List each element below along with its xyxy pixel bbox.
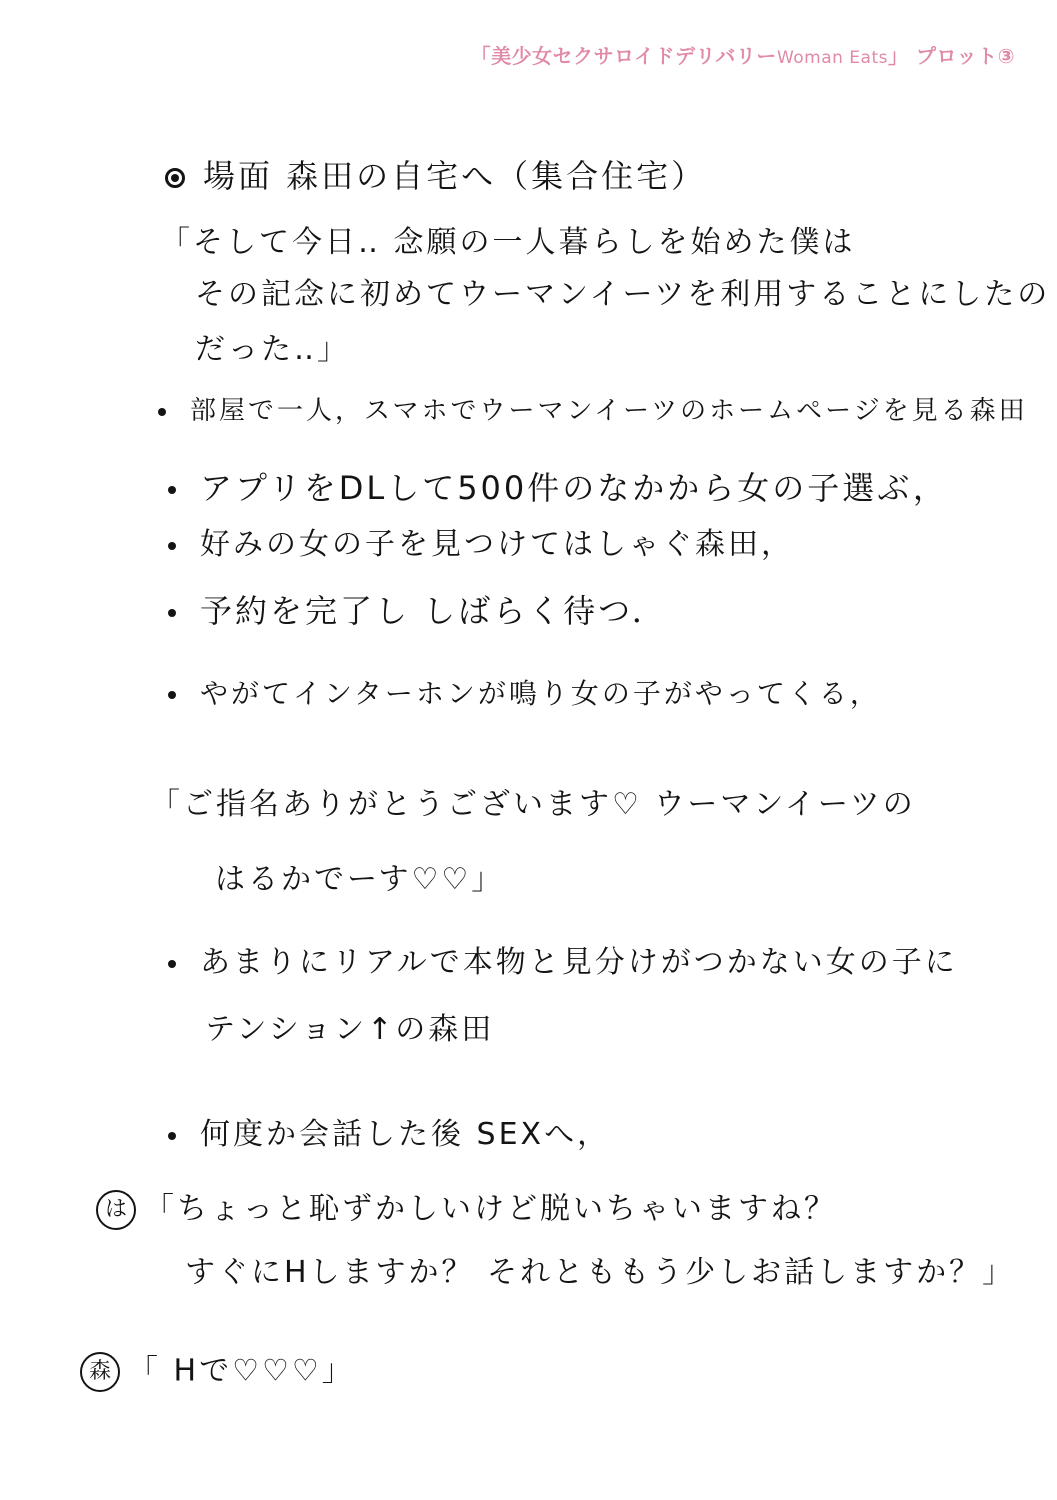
bullet-item: やがてインターホンが鳴り女の子がやってくる， — [168, 680, 881, 708]
scene-heading: 場面 森田の自宅へ（集合住宅） — [165, 160, 706, 192]
narration-line: その記念に初めてウーマンイーツを利用することにしたの — [195, 280, 1050, 310]
bullet-icon — [158, 408, 166, 416]
header-title-latin: Woman Eats — [777, 48, 888, 68]
bullet-continuation: テンション↑の森田 — [205, 1015, 494, 1045]
scene-marker-icon — [165, 168, 185, 188]
dialogue-line: すぐにHしますか？ それとももう少しお話しますか？」 — [185, 1258, 1015, 1288]
bullet-icon — [168, 609, 176, 617]
bullet-item: 部屋で一人，スマホでウーマンイーツのホームページを見る森田 — [158, 398, 1028, 424]
bullet-item: 予約を完了し しばらく待つ． — [168, 595, 667, 627]
dialogue-line: 「ご指名ありがとうございます♡ ウーマンイーツの — [150, 790, 916, 820]
dialogue-text: 「 Hで♡♡♡」 — [128, 1354, 355, 1389]
dialogue-line: 森「 Hで♡♡♡」 — [80, 1352, 355, 1392]
bullet-icon — [168, 486, 176, 494]
bullet-text: あまりにリアルで本物と見分けがつかない女の子に — [200, 945, 958, 980]
narration-line: だった‥」 — [195, 335, 350, 365]
bullet-item: アプリをDLして500件のなかから女の子選ぶ， — [168, 472, 948, 504]
bullet-icon — [168, 691, 176, 699]
bullet-text: やがてインターホンが鳴り女の子がやってくる， — [200, 677, 881, 710]
bullet-item: 何度か会話した後 SEXへ， — [168, 1120, 610, 1150]
bullet-icon — [168, 542, 176, 550]
bullet-text: 部屋で一人，スマホでウーマンイーツのホームページを見る森田 — [190, 396, 1028, 426]
speaker-badge: は — [96, 1190, 136, 1230]
dialogue-line: はるかでーす♡♡」 — [215, 865, 504, 895]
speaker-badge: 森 — [80, 1352, 120, 1392]
scene-heading-text: 場面 森田の自宅へ（集合住宅） — [203, 157, 706, 195]
bullet-text: 何度か会話した後 SEXへ， — [200, 1117, 610, 1152]
bullet-text: 好みの女の子を見つけてはしゃぐ森田， — [200, 527, 794, 562]
bullet-text: 予約を完了し しばらく待つ． — [200, 592, 667, 630]
page-header-title: 「美少女セクサロイドデリバリーWoman Eats」 プロット③ — [471, 40, 1015, 69]
dialogue-line: は「ちょっと恥ずかしいけど脱いちゃいますね？ — [96, 1190, 837, 1230]
header-title-jp: 「美少女セクサロイドデリバリー — [471, 44, 777, 68]
narration-line: 「そして今日‥ 念願の一人暮らしを始めた僕は — [160, 228, 856, 258]
bullet-item: 好みの女の子を見つけてはしゃぐ森田， — [168, 530, 794, 560]
bullet-icon — [168, 960, 176, 968]
header-title-end: 」 プロット③ — [888, 44, 1015, 68]
bullet-text: アプリをDLして500件のなかから女の子選ぶ， — [200, 469, 948, 507]
bullet-item: あまりにリアルで本物と見分けがつかない女の子に — [168, 948, 958, 978]
dialogue-text: 「ちょっと恥ずかしいけど脱いちゃいますね？ — [144, 1192, 837, 1227]
bullet-icon — [168, 1132, 176, 1140]
